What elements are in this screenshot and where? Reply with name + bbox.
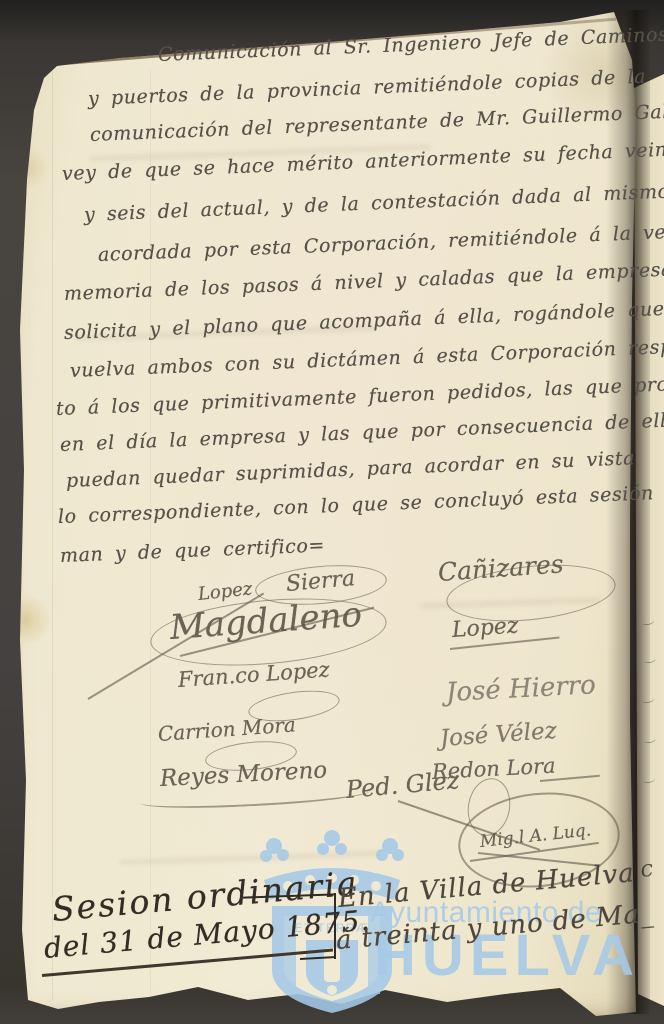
manuscript-photo: C ET TERRÆ Ayuntamiento de HUE xyxy=(0,0,664,1024)
closing-text: En la Villa de Huelva á treinta y uno de… xyxy=(0,0,664,1024)
